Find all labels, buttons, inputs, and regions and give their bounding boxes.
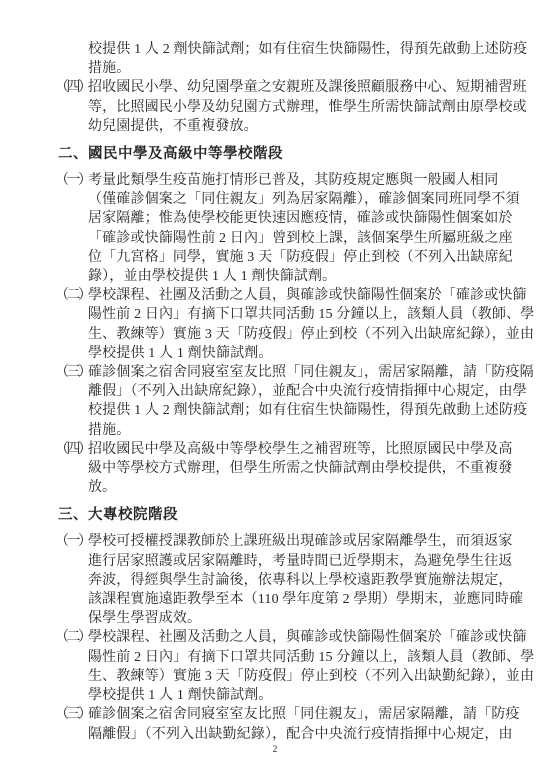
text-line: 放。 (88, 478, 499, 497)
text-line: 學校提供 1 人 1 劑快篩試劑。 (88, 344, 499, 363)
text-line: 措施。 (88, 421, 499, 440)
section-heading: 三、大專校院階段 (58, 505, 499, 525)
text-line: 「確診或快篩陽性前 2 日內」曾到校上課，該個案學生所屬班級之座 (88, 229, 499, 248)
item-marker: （一） (55, 171, 88, 190)
item-marker: （四） (55, 440, 88, 459)
text-line: 確診個案之宿舍同寢室室友比照「同住親友」，需居家隔離，請「防疫 (88, 705, 499, 724)
text-line: 招收國民小學、幼兒園學童之安親班及課後照顧服務中心、短期補習班 (88, 78, 499, 97)
document-content: 校提供 1 人 2 劑快篩試劑；如有住宿生快篩陽性，得預先啟動上述防疫 措施。 … (55, 40, 499, 744)
text-line: 校提供 1 人 2 劑快篩試劑；如有住宿生快篩陽性，得預先啟動上述防疫 (88, 40, 499, 59)
text-line: 校提供 1 人 2 劑快篩試劑；如有住宿生快篩陽性，得預先啟動上述防疫 (88, 401, 499, 420)
list-item: （二） 學校課程、社團及活動之人員，與確診或快篩陽性個案於「確診或快篩 陽性前 … (55, 286, 499, 363)
list-item: （四） 招收國民中學及高級中等學校學生之補習班等，比照原國民中學及高 級中等學校… (55, 440, 499, 498)
list-item: （三） 確診個案之宿舍同寢室室友比照「同住親友」，需居家隔離，請「防疫 隔離假」… (55, 705, 499, 743)
text-line: 保學生學習成效。 (88, 609, 499, 628)
text-line: 幼兒園提供，不重複發放。 (88, 117, 499, 136)
text-line: 學校可授權授課教師於上課班級出現確診或居家隔離學生，而須返家 (88, 532, 499, 551)
text-line: 招收國民中學及高級中等學校學生之補習班等，比照原國民中學及高 (88, 440, 499, 459)
text-line: 生、教練等）實施 3 天「防疫假」停止到校（不列入出缺席紀錄），並由 (88, 325, 499, 344)
list-item: （四） 招收國民小學、幼兒園學童之安親班及課後照顧服務中心、短期補習班 等，比照… (55, 78, 499, 136)
text-line: 位「九宮格」同學，實施 3 天「防疫假」停止到校（不列入出缺席紀 (88, 248, 499, 267)
text-line: 學校課程、社團及活動之人員，與確診或快篩陽性個案於「確診或快篩 (88, 286, 499, 305)
text-line: 錄），並由學校提供 1 人 1 劑快篩試劑。 (88, 267, 499, 286)
section-heading: 二、國民中學及高級中等學校階段 (58, 144, 499, 164)
item-marker: （二） (55, 286, 88, 305)
item-marker: （一） (55, 532, 88, 551)
text-line: 陽性前 2 日內」有摘下口罩共同活動 15 分鐘以上，該類人員（教師、學 (88, 648, 499, 667)
text-line: 等，比照國民小學及幼兒園方式辦理，惟學生所需快篩試劑由原學校或 (88, 98, 499, 117)
list-item: （三） 確診個案之宿舍同寢室室友比照「同住親友」，需居家隔離，請「防疫隔 離假」… (55, 363, 499, 440)
text-line: 進行居家照護或居家隔離時，考量時間已近學期末，為避免學生往返 (88, 552, 499, 571)
text-line: 居家隔離；惟為使學校能更快速因應疫情，確診或快篩陽性個案如於 (88, 209, 499, 228)
text-line: 確診個案之宿舍同寢室室友比照「同住親友」，需居家隔離，請「防疫隔 (88, 363, 499, 382)
item-marker: （三） (55, 363, 88, 382)
list-item: （一） 考量此類學生疫苗施打情形已普及，其防疫規定應與一般國人相同 （僅確診個案… (55, 171, 499, 286)
page-number: 2 (0, 744, 550, 756)
list-item: （二） 學校課程、社團及活動之人員，與確診或快篩陽性個案於「確診或快篩 陽性前 … (55, 628, 499, 705)
text-line: 離假」（不列入出缺席紀錄），並配合中央流行疫情指揮中心規定，由學 (88, 382, 499, 401)
list-item: （一） 學校可授權授課教師於上課班級出現確診或居家隔離學生，而須返家 進行居家照… (55, 532, 499, 628)
text-line: 學校提供 1 人 1 劑快篩試劑。 (88, 686, 499, 705)
document-page: 校提供 1 人 2 劑快篩試劑；如有住宿生快篩陽性，得預先啟動上述防疫 措施。 … (0, 0, 550, 778)
text-line: 奔波，得經與學生討論後，依專科以上學校遠距教學實施辦法規定， (88, 571, 499, 590)
text-line: 該課程實施遠距教學至本（110 學年度第 2 學期）學期末，並應同時確 (88, 590, 499, 609)
text-line: （僅確診個案之「同住親友」列為居家隔離），確診個案同班同學不須 (88, 190, 499, 209)
text-line: 陽性前 2 日內」有摘下口罩共同活動 15 分鐘以上，該類人員（教師、學 (88, 305, 499, 324)
text-line: 措施。 (88, 59, 499, 78)
paragraph-continuation: 校提供 1 人 2 劑快篩試劑；如有住宿生快篩陽性，得預先啟動上述防疫 措施。 (55, 40, 499, 78)
text-line: 級中等學校方式辦理，但學生所需之快篩試劑由學校提供，不重複發 (88, 459, 499, 478)
item-marker: （二） (55, 628, 88, 647)
item-marker: （四） (55, 78, 88, 97)
text-line: 學校課程、社團及活動之人員，與確診或快篩陽性個案於「確診或快篩 (88, 628, 499, 647)
text-line: 隔離假」（不列入出缺勤紀錄），配合中央流行疫情指揮中心規定，由 (88, 725, 499, 744)
text-line: 生、教練等）實施 3 天「防疫假」停止到校（不列入出缺勤紀錄），並由 (88, 667, 499, 686)
text-line: 考量此類學生疫苗施打情形已普及，其防疫規定應與一般國人相同 (88, 171, 499, 190)
item-marker: （三） (55, 705, 88, 724)
